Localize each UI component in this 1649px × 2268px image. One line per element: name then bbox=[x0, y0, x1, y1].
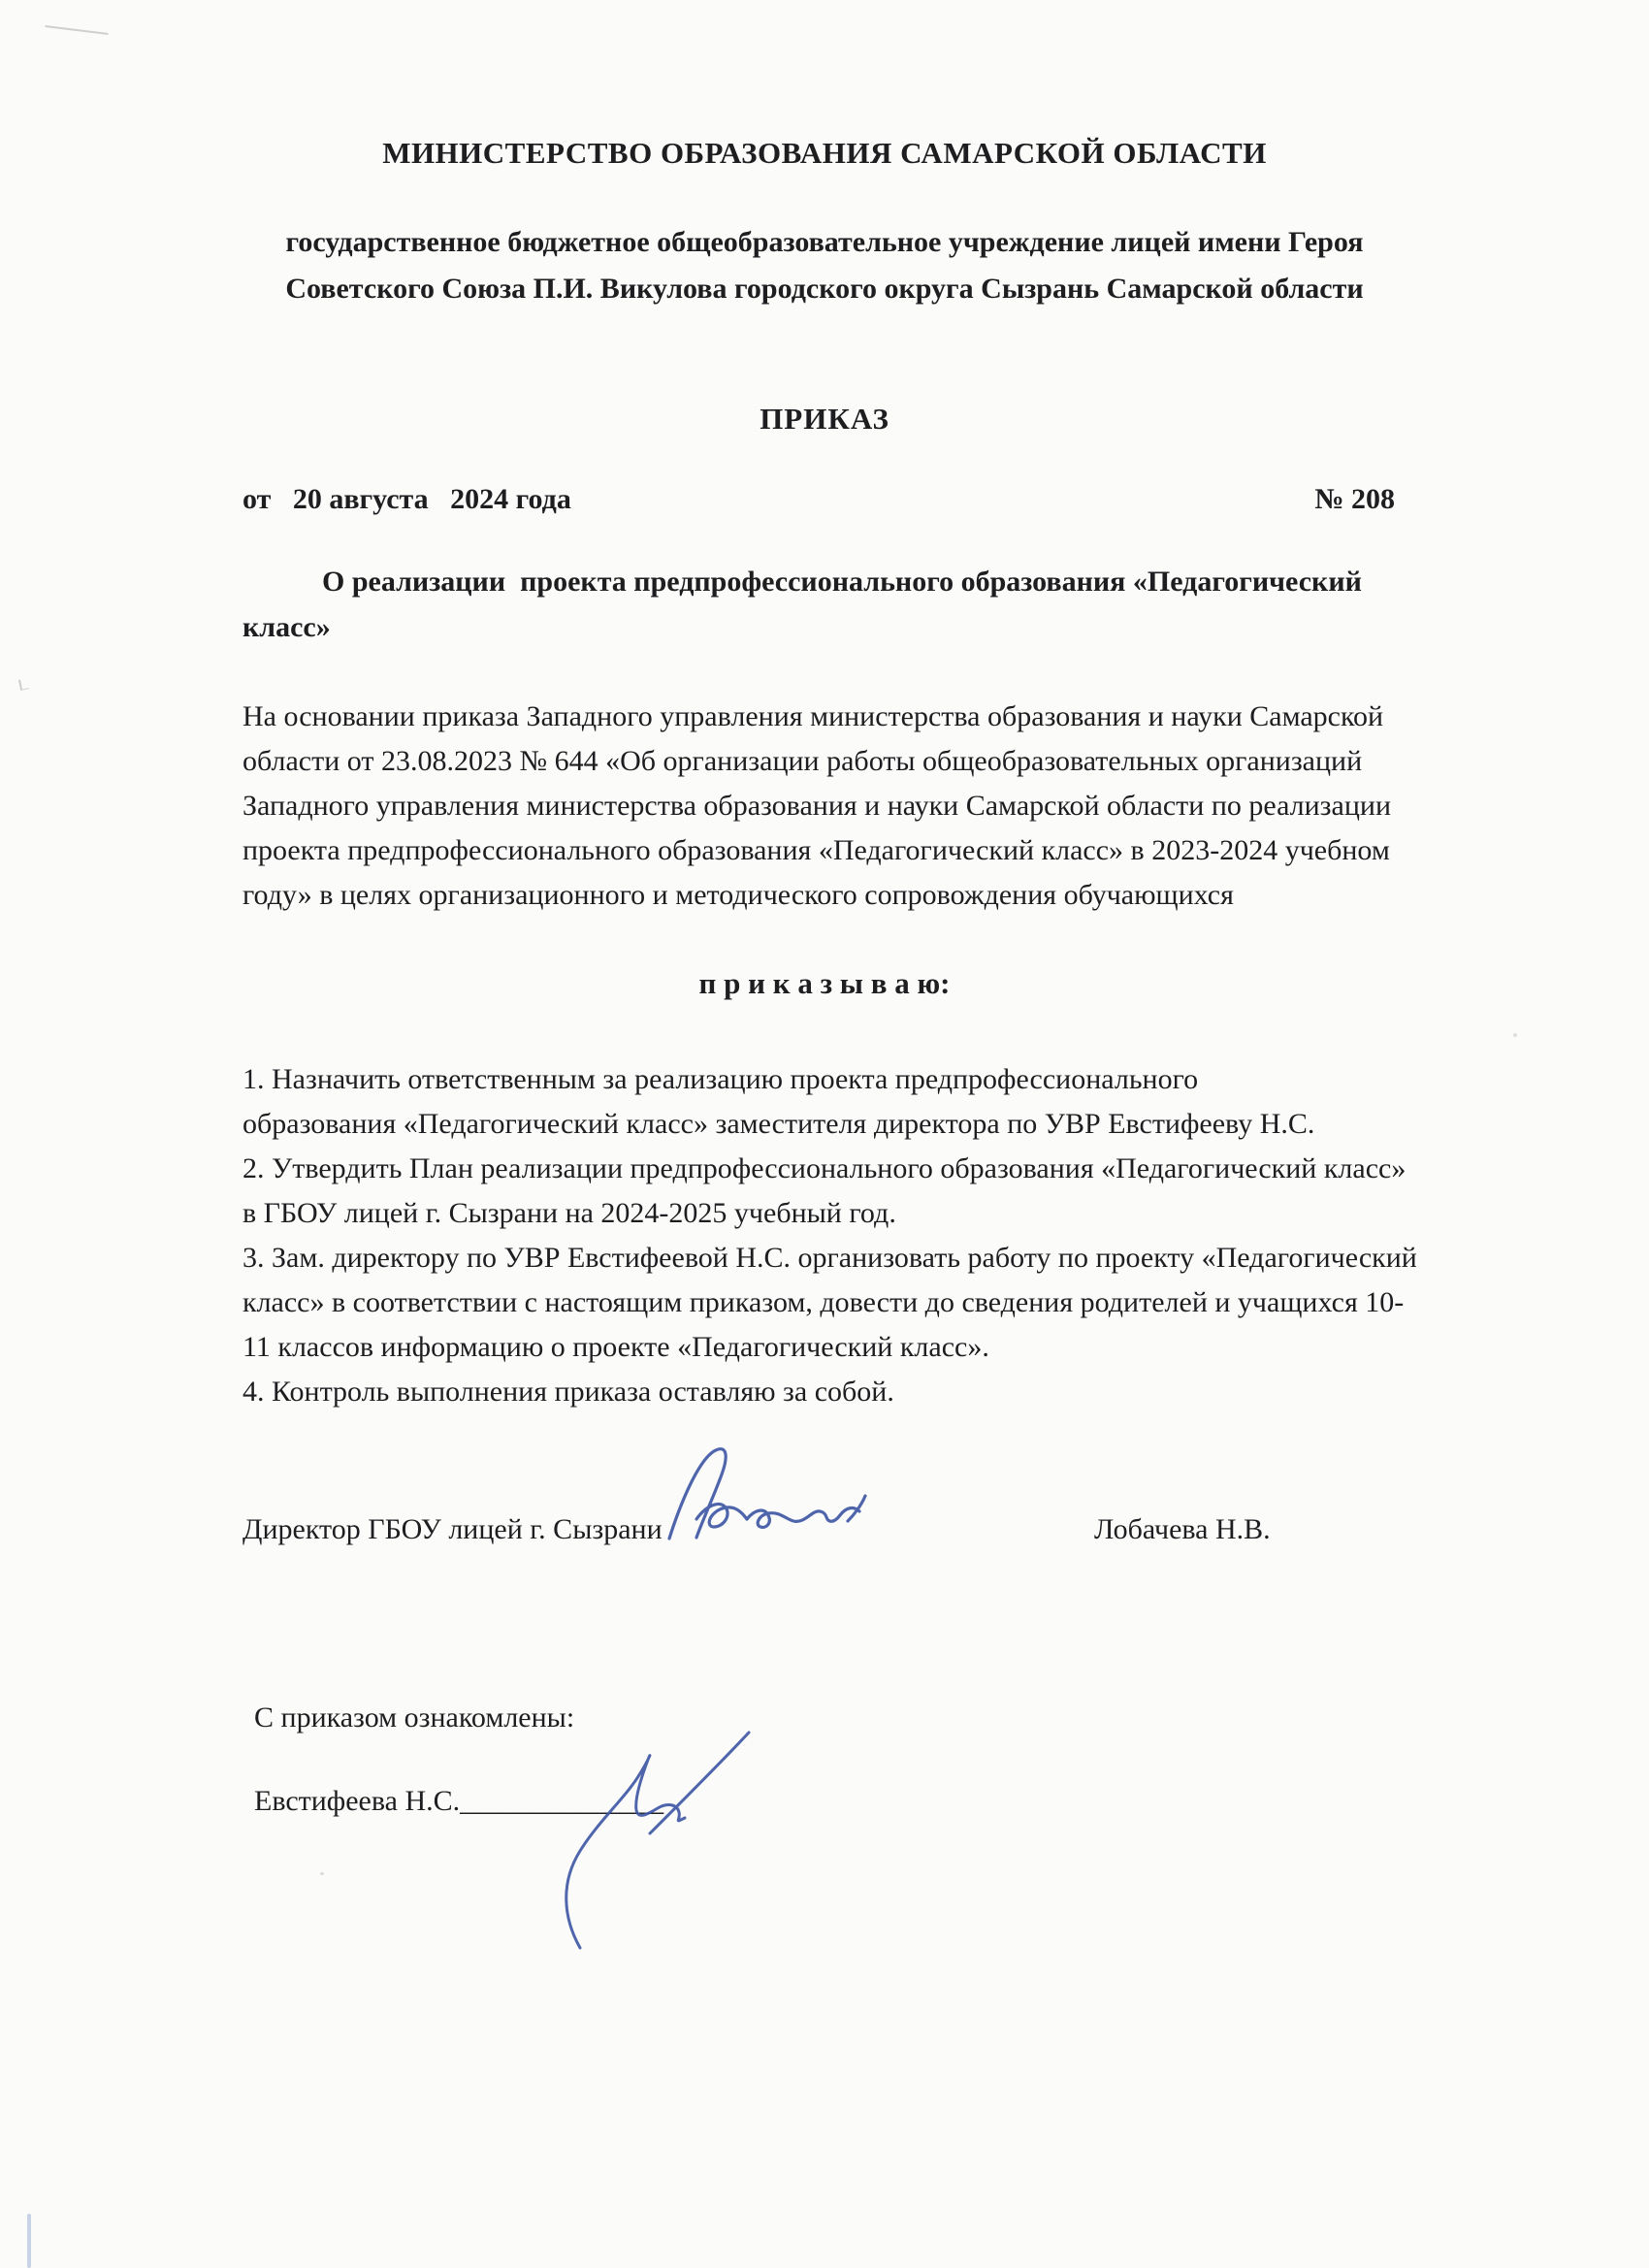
scan-artifact-blue-edge bbox=[27, 2214, 31, 2268]
organization-name-line2: Советского Союза П.И. Викулова городског… bbox=[0, 266, 1649, 312]
scan-artifact-speck bbox=[1513, 1033, 1517, 1037]
order-item-4: 4. Контроль выполнения приказа оставляю … bbox=[242, 1370, 1503, 1414]
order-subject: О реализации проекта предпрофессионально… bbox=[242, 559, 1484, 650]
acknowledgement-person: Евстифеева Н.С. bbox=[254, 1785, 460, 1817]
preamble-line: проекта предпрофессионального образовани… bbox=[242, 828, 1484, 873]
acknowledgement-signature-ink bbox=[504, 1717, 786, 1950]
order-item-2: 2. Утвердить План реализации предпрофесс… bbox=[242, 1147, 1503, 1236]
scan-artifact-leftmark bbox=[18, 678, 29, 691]
preamble-line: На основании приказа Западного управлени… bbox=[242, 695, 1484, 739]
decree-word: п р и к а з ы в а ю: bbox=[0, 966, 1649, 1001]
acknowledgement-signature-line: ______________ bbox=[460, 1785, 663, 1817]
preamble-line: году» в целях организационного и методич… bbox=[242, 873, 1484, 918]
item-line: 2. Утвердить План реализации предпрофесс… bbox=[242, 1147, 1503, 1191]
scan-artifact-topline bbox=[45, 25, 109, 35]
scan-artifact-speck bbox=[320, 1872, 324, 1875]
order-subject-line2: класс» bbox=[242, 604, 1484, 650]
order-preamble: На основании приказа Западного управлени… bbox=[242, 695, 1484, 918]
item-line: 11 классов информацию о проекте «Педагог… bbox=[242, 1325, 1503, 1370]
item-line: 4. Контроль выполнения приказа оставляю … bbox=[242, 1370, 1503, 1414]
director-title: Директор ГБОУ лицей г. Сызрани bbox=[242, 1513, 663, 1546]
organization-name: государственное бюджетное общеобразовате… bbox=[0, 219, 1649, 312]
item-line: 1. Назначить ответственным за реализацию… bbox=[242, 1057, 1503, 1102]
document-page: МИНИСТЕРСТВО ОБРАЗОВАНИЯ САМАРСКОЙ ОБЛАС… bbox=[0, 0, 1649, 2268]
order-item-1: 1. Назначить ответственным за реализацию… bbox=[242, 1057, 1503, 1147]
director-signature-row: Директор ГБОУ лицей г. Сызрани Лобачева … bbox=[242, 1513, 1484, 1558]
order-subject-line1: О реализации проекта предпрофессионально… bbox=[242, 559, 1484, 604]
item-line: в ГБОУ лицей г. Сызрани на 2024-2025 уче… bbox=[242, 1191, 1503, 1236]
order-item-3: 3. Зам. директору по УВР Евстифеевой Н.С… bbox=[242, 1236, 1503, 1370]
item-line: образования «Педагогический класс» замес… bbox=[242, 1102, 1503, 1147]
order-date: от 20 августа 2024 года bbox=[242, 483, 571, 516]
acknowledgement-label: С приказом ознакомлены: bbox=[254, 1701, 574, 1734]
item-line: класс» в соответствии с настоящим приказ… bbox=[242, 1280, 1503, 1325]
ministry-title: МИНИСТЕРСТВО ОБРАЗОВАНИЯ САМАРСКОЙ ОБЛАС… bbox=[0, 136, 1649, 171]
acknowledgement-row: Евстифеева Н.С.______________ bbox=[254, 1785, 663, 1818]
director-name: Лобачева Н.В. bbox=[1094, 1513, 1271, 1546]
item-line: 3. Зам. директору по УВР Евстифеевой Н.С… bbox=[242, 1236, 1503, 1280]
order-items: 1. Назначить ответственным за реализацию… bbox=[242, 1057, 1503, 1414]
preamble-line: Западного управления министерства образо… bbox=[242, 784, 1484, 828]
document-type-heading: ПРИКАЗ bbox=[0, 402, 1649, 437]
order-number: № 208 bbox=[1314, 483, 1395, 516]
organization-name-line1: государственное бюджетное общеобразовате… bbox=[0, 219, 1649, 266]
preamble-line: области от 23.08.2023 № 644 «Об организа… bbox=[242, 739, 1484, 784]
